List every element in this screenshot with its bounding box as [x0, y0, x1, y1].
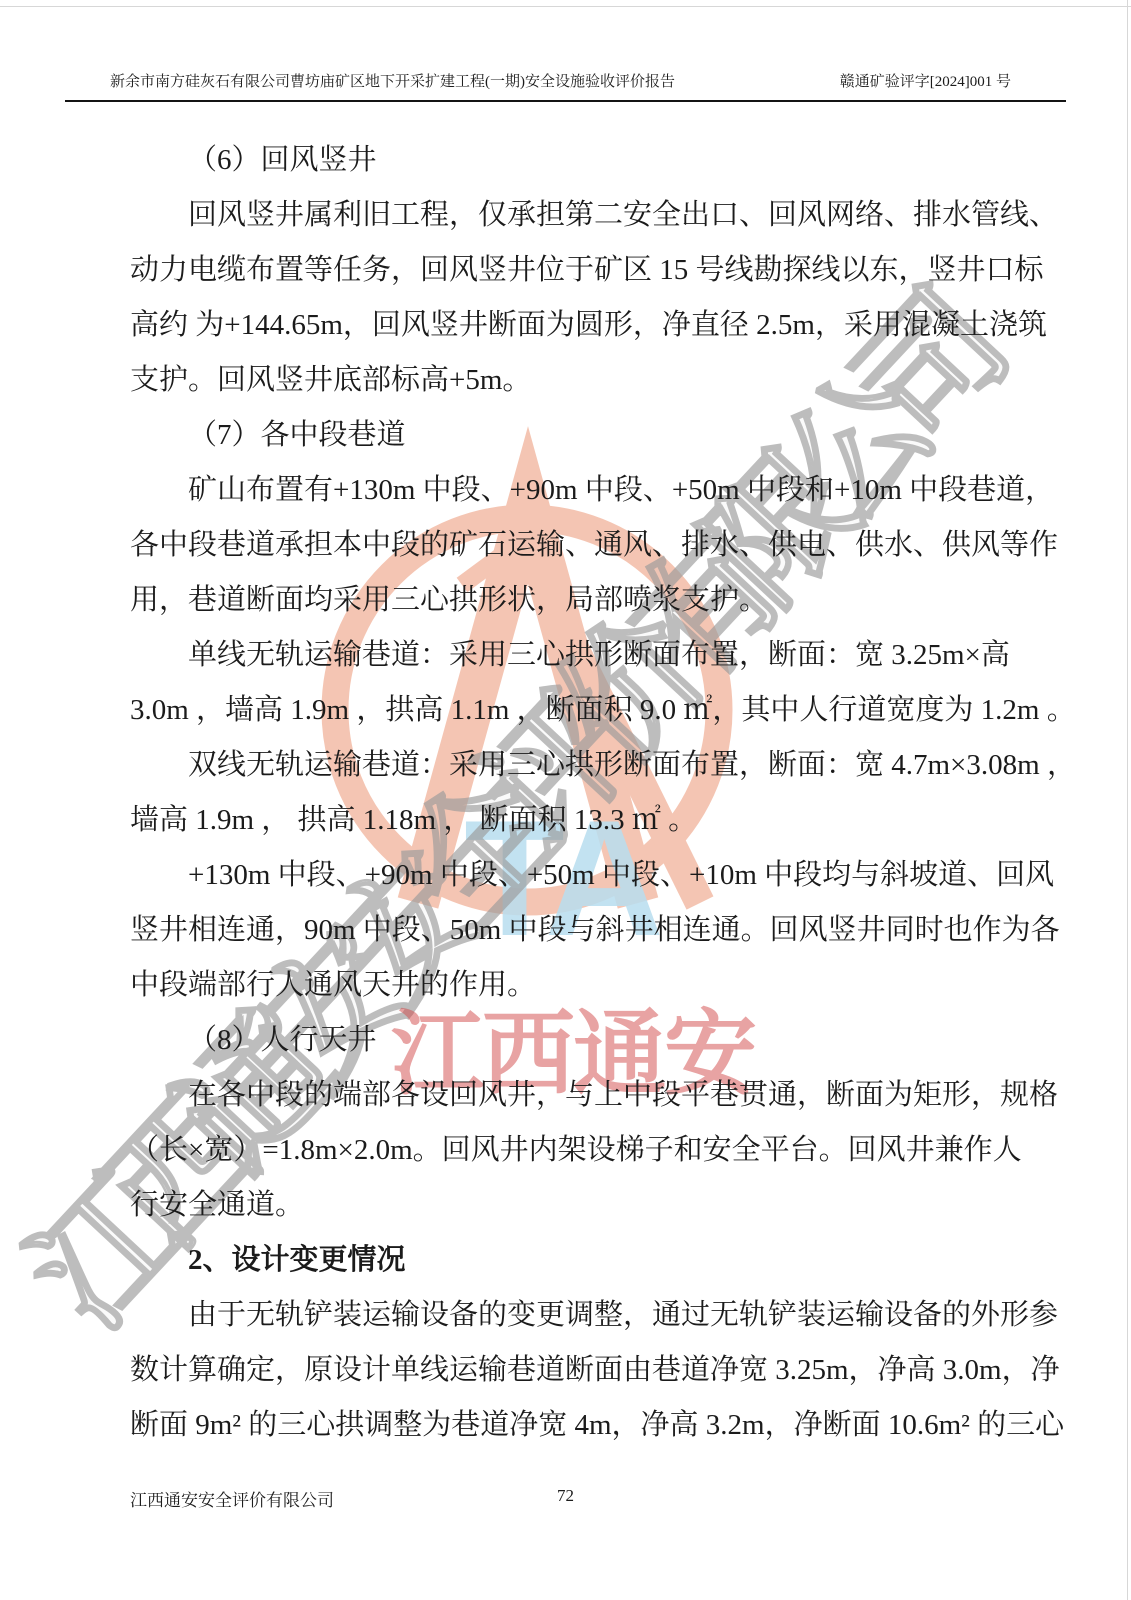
header-doc-number: 赣通矿验评字[2024]001 号 — [840, 70, 1066, 91]
body-line: 单线无轨运输巷道：采用三心拱形断面布置，断面：宽 3.25m×高 — [130, 628, 1015, 683]
body-line: 双线无轨运输巷道：采用三心拱形断面布置，断面：宽 4.7m×3.08m ， — [130, 738, 1015, 793]
body-line: 断面 9m² 的三心拱调整为巷道净宽 4m，净高 3.2m，净断面 10.6m²… — [130, 1398, 1015, 1453]
body-line: （7）各中段巷道 — [130, 408, 1015, 463]
body-line: 动力电缆布置等任务，回风竖井位于矿区 15 号线勘探线以东，竖井口标 — [130, 243, 1015, 298]
body-line: 3.0m ，墙高 1.9m ，拱高 1.1m ，断面积 9.0 ㎡，其中人行道宽… — [130, 683, 1015, 738]
body-line: +130m 中段、+90m 中段、+50m 中段、+10m 中段均与斜坡道、回风 — [130, 848, 1015, 903]
body-line: 在各中段的端部各设回风井，与上中段平巷贯通，断面为矩形，规格 — [130, 1068, 1015, 1123]
body-line: 高约 为+144.65m，回风竖井断面为圆形，净直径 2.5m，采用混凝土浇筑 — [130, 298, 1015, 353]
body-line: 由于无轨铲装运输设备的变更调整，通过无轨铲装运输设备的外形参 — [130, 1288, 1015, 1343]
body-line: 各中段巷道承担本中段的矿石运输、通风、排水、供电、供水、供风等作 — [130, 518, 1015, 573]
page-header: 新余市南方硅灰石有限公司曹坊庙矿区地下开采扩建工程(一期)安全设施验收评价报告 … — [65, 70, 1066, 102]
body-line: 用，巷道断面均采用三心拱形状，局部喷浆支护。 — [130, 573, 1015, 628]
body-line: 墙高 1.9m ， 拱高 1.18m ， 断面积 13.3 ㎡ 。 — [130, 793, 1015, 848]
body-line: 行安全通道。 — [130, 1178, 1015, 1233]
body-line: 竖井相连通，90m 中段、50m 中段与斜井相连通。回风竖井同时也作为各 — [130, 903, 1015, 958]
body-line: （6）回风竖井 — [130, 133, 1015, 188]
body-line: （长×宽）=1.8m×2.0m。回风井内架设梯子和安全平台。回风井兼作人 — [130, 1123, 1015, 1178]
body-line: （8）人行天井 — [130, 1013, 1015, 1068]
body-text: （6）回风竖井回风竖井属利旧工程，仅承担第二安全出口、回风网络、排水管线、动力电… — [130, 133, 1015, 1453]
body-line: 回风竖井属利旧工程，仅承担第二安全出口、回风网络、排水管线、 — [130, 188, 1015, 243]
body-line: 矿山布置有+130m 中段、+90m 中段、+50m 中段和+10m 中段巷道， — [130, 463, 1015, 518]
body-line: 2、设计变更情况 — [130, 1233, 1015, 1288]
body-line: 支护。回风竖井底部标高+5m。 — [130, 353, 1015, 408]
body-line: 数计算确定，原设计单线运输巷道断面由巷道净宽 3.25m，净高 3.0m，净 — [130, 1343, 1015, 1398]
body-line: 中段端部行人通风天井的作用。 — [130, 958, 1015, 1013]
header-left-title: 新余市南方硅灰石有限公司曹坊庙矿区地下开采扩建工程(一期)安全设施验收评价报告 — [65, 70, 675, 91]
footer-page-number: 72 — [0, 1486, 1131, 1506]
